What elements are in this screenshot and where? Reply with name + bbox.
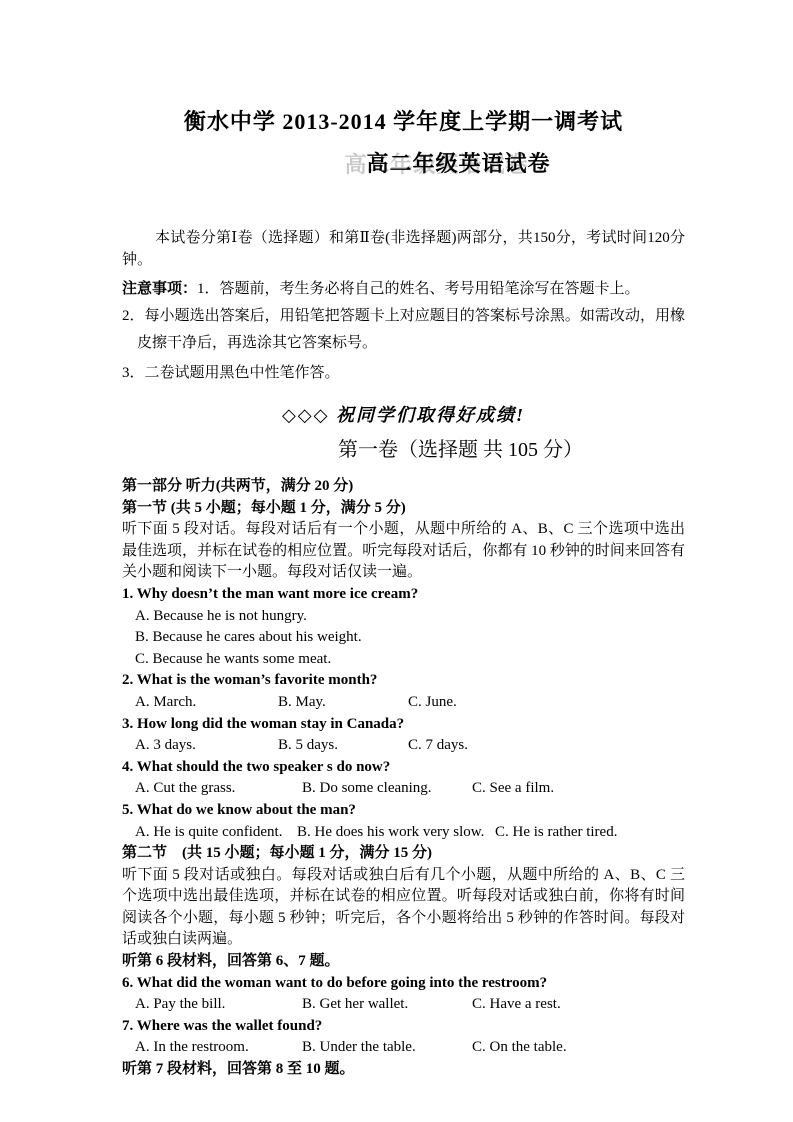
question-6-option-c: C. Have a rest. <box>472 994 685 1016</box>
question-4-text: 4. What should the two speaker s do now? <box>122 757 685 779</box>
question-5: 5. What do we know about the man? A. He … <box>122 800 685 843</box>
question-3-options: A. 3 days. B. 5 days. C. 7 days. <box>122 735 685 757</box>
section2-heading: 第二节 (共 15 小题；每小题 1 分，满分 15 分) <box>122 843 685 865</box>
question-1-option-a: A. Because he is not hungry. <box>135 606 685 628</box>
question-5-option-c: C. He is rather tired. <box>495 822 685 844</box>
question-1-text: 1. Why doesn’t the man want more ice cre… <box>122 584 685 606</box>
question-6-options: A. Pay the bill. B. Get her wallet. C. H… <box>122 994 685 1016</box>
intro-paragraph: 本试卷分第Ⅰ卷（选择题）和第Ⅱ卷(非选择题)两部分，共150分，考试时间120分… <box>122 227 685 271</box>
material-6-line: 听第 6 段材料，回答第 6、7 题。 <box>122 951 685 973</box>
question-1-option-b: B. Because he cares about his weight. <box>135 627 685 649</box>
question-2-text: 2. What is the woman’s favorite month? <box>122 670 685 692</box>
question-6-option-b: B. Get her wallet. <box>302 994 472 1016</box>
volume-heading: 第一卷（选择题 共 105 分） <box>179 437 742 463</box>
question-4-option-a: A. Cut the grass. <box>135 778 302 800</box>
question-4-options: A. Cut the grass. B. Do some cleaning. C… <box>122 778 685 800</box>
section1-instructions: 听下面 5 段对话。每段对话后有一个小题，从题中所给的 A、B、C 三个选项中选… <box>122 519 685 584</box>
notice-item-3: 3．二卷试题用黑色中性笔作答。 <box>122 360 685 387</box>
exam-title: 衡水中学 2013-2014 学年度上学期一调考试 <box>122 108 685 135</box>
question-2-option-a: A. March. <box>135 692 278 714</box>
question-2-option-b: B. May. <box>278 692 408 714</box>
question-3-option-a: A. 3 days. <box>135 735 278 757</box>
question-5-options: A. He is quite confident. B. He does his… <box>122 822 685 844</box>
question-7-option-b: B. Under the table. <box>302 1037 472 1059</box>
question-7-text: 7. Where was the wallet found? <box>122 1016 685 1038</box>
question-3-option-c: C. 7 days. <box>408 735 685 757</box>
question-3: 3. How long did the woman stay in Canada… <box>122 714 685 757</box>
good-luck-line: ◇◇◇ 祝同学们取得好成绩! <box>122 403 685 427</box>
notice-item-1-text: 1．答题前，考生务必将自己的姓名、考号用铅笔涂写在答题卡上。 <box>197 281 640 297</box>
question-3-text: 3. How long did the woman stay in Canada… <box>122 714 685 736</box>
question-2: 2. What is the woman’s favorite month? A… <box>122 670 685 713</box>
part1-heading: 第一部分 听力(共两节，满分 20 分) <box>122 476 685 498</box>
exam-subtitle: 高二年级英语试卷 <box>177 150 740 177</box>
question-1-options: A. Because he is not hungry. B. Because … <box>122 606 685 671</box>
material-7-line: 听第 7 段材料，回答第 8 至 10 题。 <box>122 1059 685 1081</box>
question-3-option-b: B. 5 days. <box>278 735 408 757</box>
question-4: 4. What should the two speaker s do now?… <box>122 757 685 800</box>
question-5-text: 5. What do we know about the man? <box>122 800 685 822</box>
question-2-option-c: C. June. <box>408 692 685 714</box>
question-6-text: 6. What did the woman want to do before … <box>122 973 685 995</box>
notice-label: 注意事项： <box>122 281 197 297</box>
question-7-option-c: C. On the table. <box>472 1037 685 1059</box>
question-2-options: A. March. B. May. C. June. <box>122 692 685 714</box>
question-1: 1. Why doesn’t the man want more ice cre… <box>122 584 685 670</box>
listening-body: 第一部分 听力(共两节，满分 20 分) 第一节 (共 5 小题；每小题 1 分… <box>122 476 685 1081</box>
question-7-options: A. In the restroom. B. Under the table. … <box>122 1037 685 1059</box>
question-4-option-b: B. Do some cleaning. <box>302 778 472 800</box>
section2-instructions: 听下面 5 段对话或独白。每段对话或独白后有几个小题，从题中所给的 A、B、C … <box>122 865 685 951</box>
question-6-option-a: A. Pay the bill. <box>135 994 302 1016</box>
notice-item-1: 注意事项：1．答题前，考生务必将自己的姓名、考号用铅笔涂写在答题卡上。 <box>122 276 685 303</box>
notice-item-2: 2．每小题选出答案后，用铅笔把答题卡上对应题目的答案标号涂黑。如需改动，用橡皮擦… <box>122 303 685 357</box>
question-7: 7. Where was the wallet found? A. In the… <box>122 1016 685 1059</box>
exam-page: 衡水中学 2013-2014 学年度上学期一调考试 高二年级英语试卷 本试卷分第… <box>0 0 793 1122</box>
question-6: 6. What did the woman want to do before … <box>122 973 685 1016</box>
question-1-option-c: C. Because he wants some meat. <box>135 649 685 671</box>
question-7-option-a: A. In the restroom. <box>135 1037 302 1059</box>
question-5-option-a: A. He is quite confident. <box>135 822 297 844</box>
question-5-option-b: B. He does his work very slow. <box>297 822 495 844</box>
section1-heading: 第一节 (共 5 小题；每小题 1 分，满分 5 分) <box>122 498 685 520</box>
question-4-option-c: C. See a film. <box>472 778 685 800</box>
